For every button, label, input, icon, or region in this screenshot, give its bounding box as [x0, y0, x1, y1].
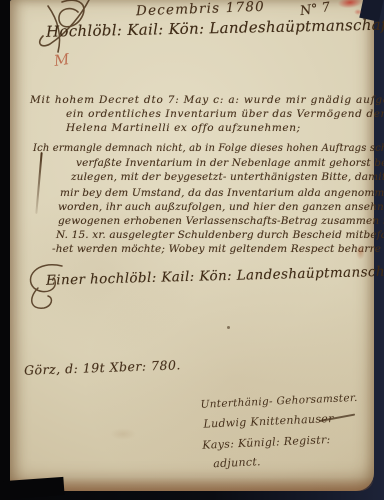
signature-title-line: Kays: Künigl: Registr: [202, 433, 331, 452]
signature-title-line: adjunct. [213, 455, 261, 470]
body-line: gewogenen erhobenen Verlassenschafts-Bet… [58, 215, 384, 227]
body-line: verfaßte Inventarium in der Nebenlage an… [76, 157, 384, 169]
body-line: Helena Martinelli ex offo aufzunehmen; [66, 122, 301, 134]
body-line: N. 15. xr. ausgelegter Schuldenberg durc… [56, 229, 384, 241]
foxing-stain [110, 428, 136, 440]
scan-background-corner [3, 477, 64, 499]
body-line: mir bey dem Umstand, da das Inventarium … [60, 187, 384, 199]
paper-burn-edge [10, 477, 374, 491]
body-line: zulegen, mit der beygesetzt- unterthänig… [71, 171, 384, 183]
ink-dot [227, 326, 230, 329]
body-line: -het werden möchte; Wobey mit geltendem … [52, 243, 381, 255]
body-line: Ich ermangle demnach nicht, ab in Folge … [33, 143, 384, 154]
signature-name: Ludwig Knittenhauser [203, 412, 334, 431]
signature-block: Unterthänig- Gehorsamster. Ludwig Knitte… [200, 391, 373, 478]
registrar-red-mark: M [53, 50, 71, 70]
body-line: ein ordentliches Inventarium über das Ve… [66, 108, 384, 120]
body-line: worden, ihr auch außzufolgen, und hier d… [58, 201, 384, 213]
foxing-stain [356, 244, 365, 260]
body-line: Mit hohem Decret dto 7: May c: a: wurde … [30, 94, 384, 106]
red-seal-smudge [354, 9, 362, 15]
